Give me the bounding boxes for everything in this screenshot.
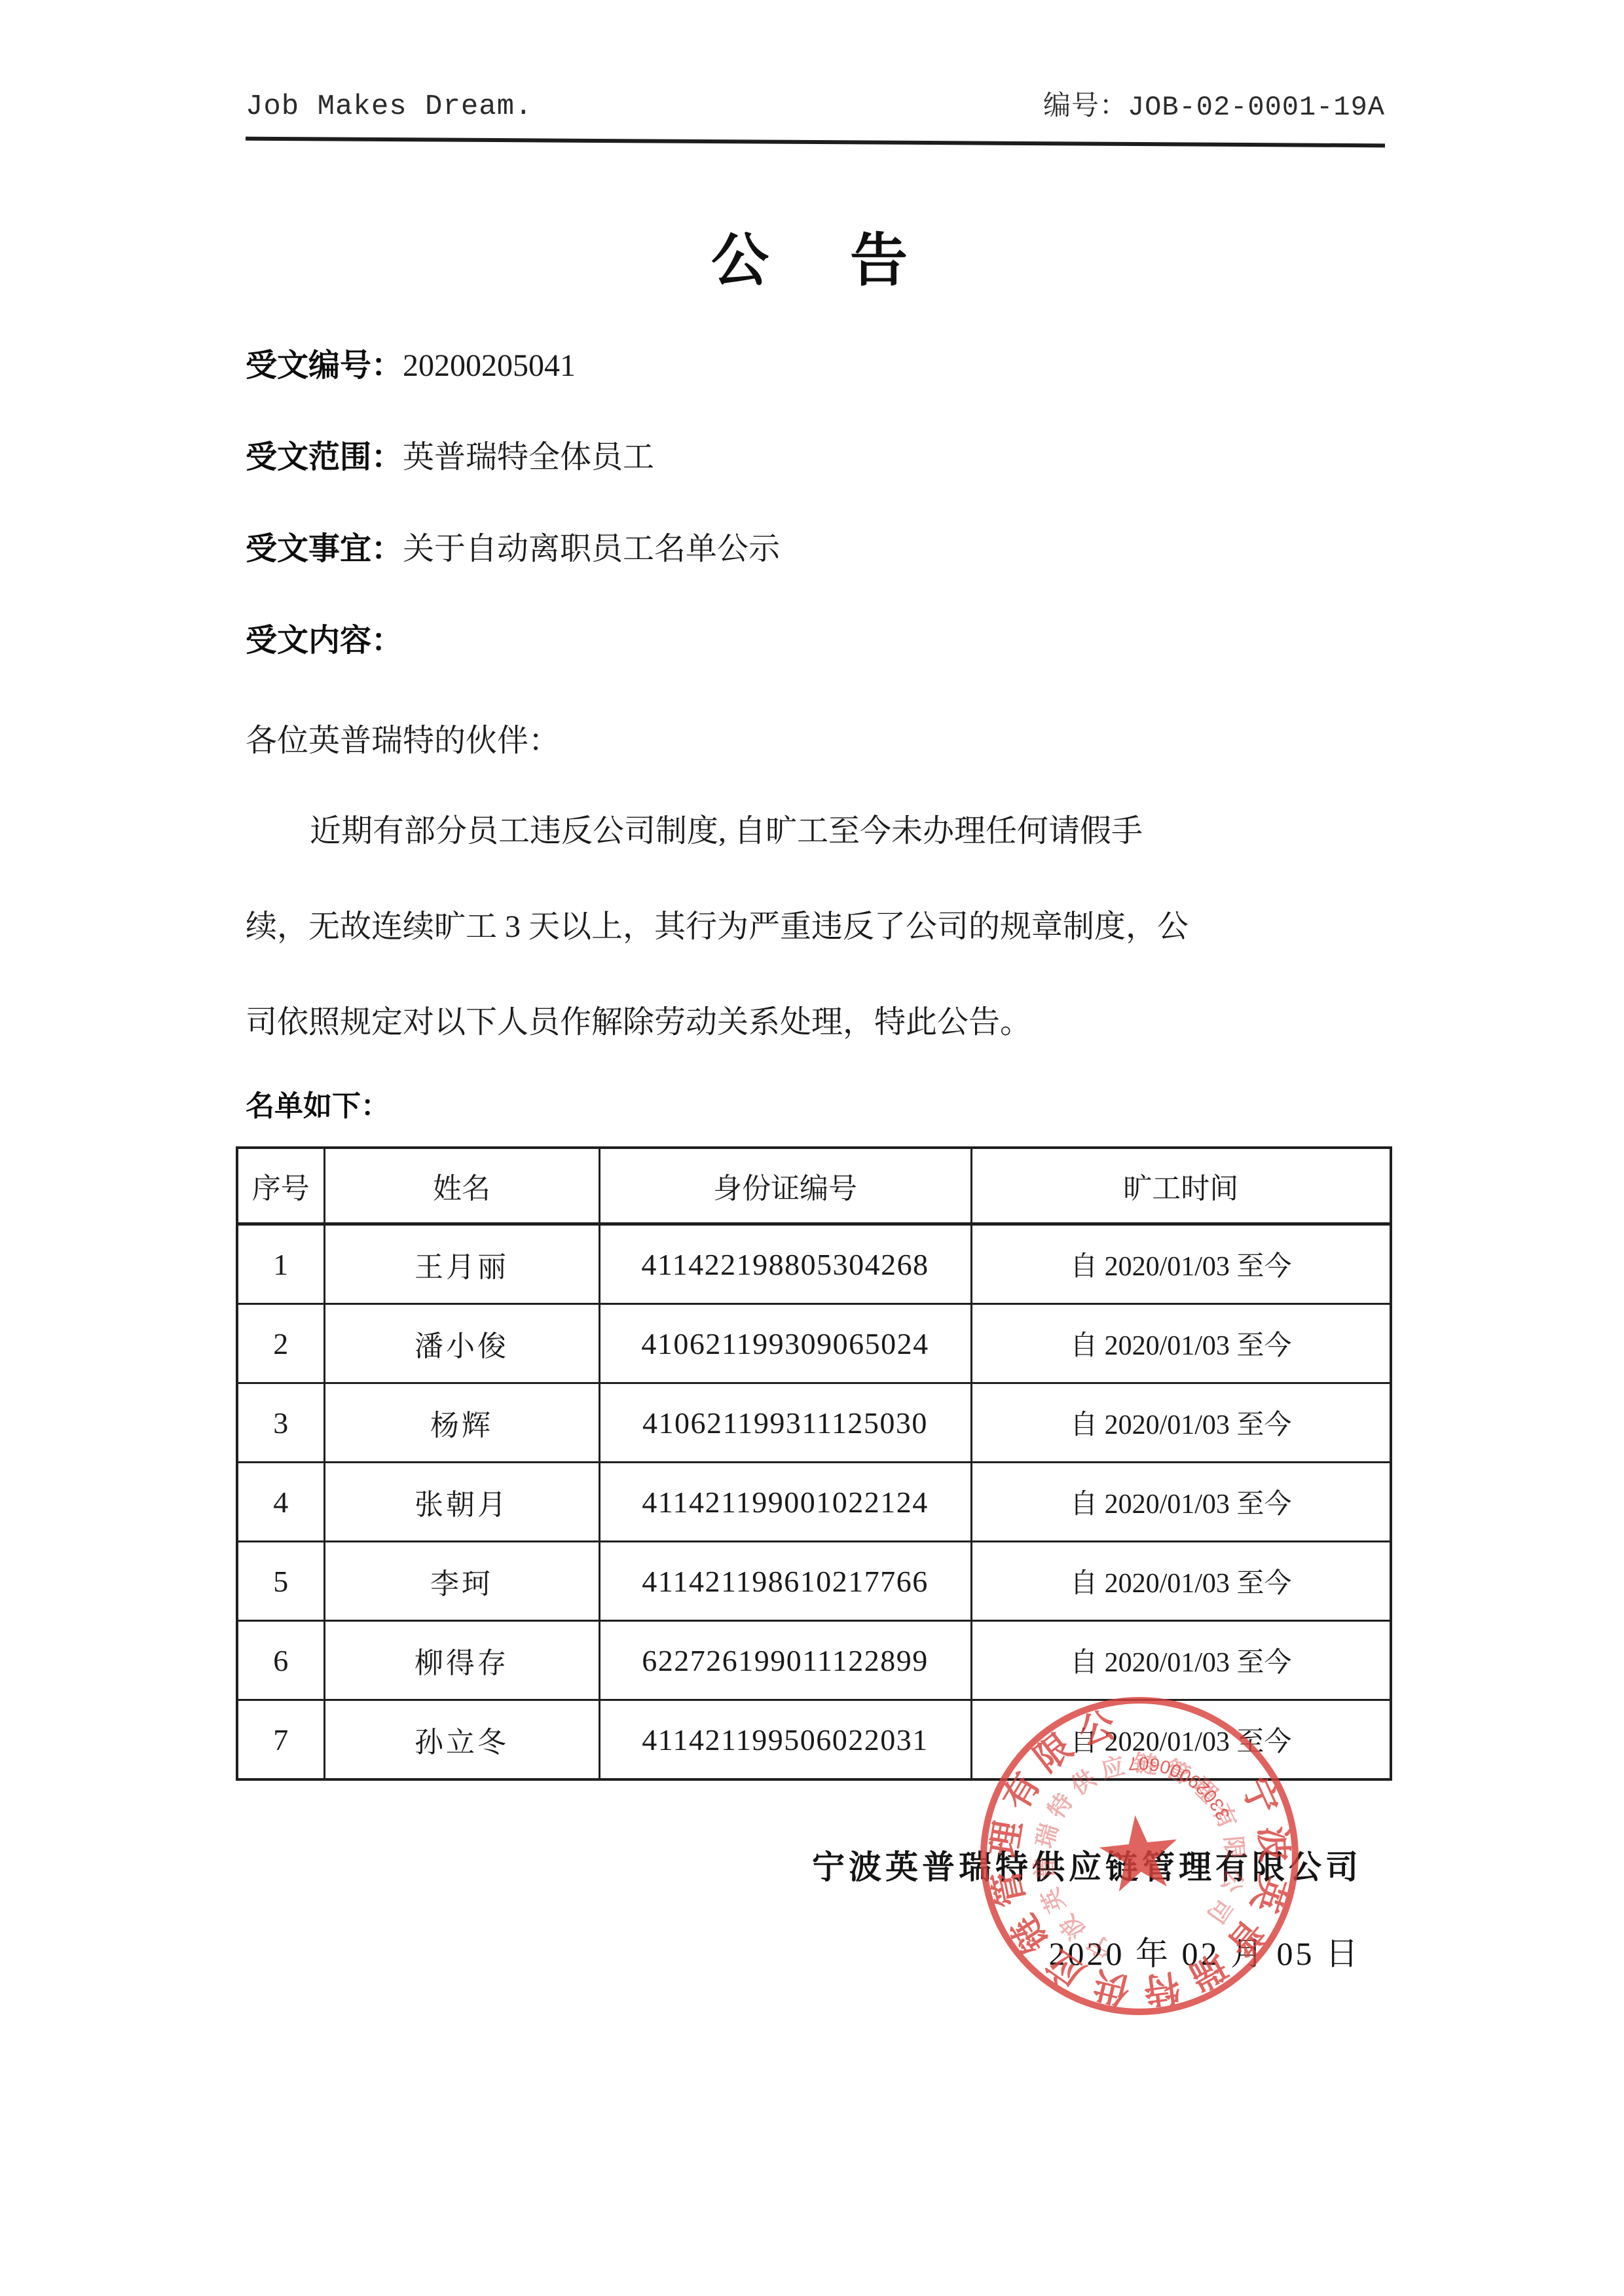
header-cell-name: 姓名 bbox=[324, 1148, 599, 1224]
header-cell-time: 旷工时间 bbox=[971, 1148, 1391, 1224]
field-scope: 受文范围：英普瑞特全体员工 bbox=[246, 437, 1385, 529]
table-cell: 6 bbox=[237, 1621, 324, 1700]
signature-company: 宁波英普瑞特供应链管理有限公司 bbox=[812, 1841, 1362, 1888]
field-subject: 受文事宜：关于自动离职员工名单公示 bbox=[246, 529, 1385, 621]
table-cell: 自 2020/01/03 至今 bbox=[971, 1383, 1391, 1463]
table-cell: 王月丽 bbox=[324, 1224, 599, 1304]
field-label: 受文内容： bbox=[246, 623, 403, 658]
salutation: 各位英普瑞特的伙伴： bbox=[246, 715, 1385, 760]
table-cell: 自 2020/01/03 至今 bbox=[971, 1224, 1391, 1304]
field-content: 受文内容： bbox=[246, 621, 1385, 712]
table-cell: 410621199309065024 bbox=[599, 1304, 971, 1383]
table-cell: 622726199011122899 bbox=[599, 1621, 971, 1700]
table-cell: 3 bbox=[237, 1383, 324, 1463]
table-cell: 自 2020/01/03 至今 bbox=[971, 1542, 1391, 1621]
field-value: 关于自动离职员工名单公示 bbox=[403, 532, 780, 566]
header-doc-number: 编号：JOB-02-0001-19A bbox=[1043, 84, 1385, 123]
header-cell-id: 身份证编号 bbox=[599, 1148, 971, 1224]
table-header-row: 序号 姓名 身份证编号 旷工时间 bbox=[237, 1148, 1391, 1224]
table-cell: 自 2020/01/03 至今 bbox=[971, 1621, 1391, 1700]
table-cell: 1 bbox=[237, 1224, 324, 1304]
table-cell: 411422198805304268 bbox=[599, 1224, 971, 1304]
header-divider bbox=[246, 137, 1385, 148]
table-cell: 李珂 bbox=[324, 1542, 599, 1621]
svg-text:3302900060708: 3302900060708 bbox=[994, 1736, 1339, 2082]
table-row: 6 柳得存 622726199011122899 自 2020/01/03 至今 bbox=[237, 1621, 1391, 1700]
field-value: 英普瑞特全体员工 bbox=[403, 440, 654, 475]
table-cell: 410621199311125030 bbox=[599, 1383, 971, 1463]
table-cell: 自 2020/01/03 至今 bbox=[971, 1700, 1391, 1780]
table-row: 2 潘小俊 410621199309065024 自 2020/01/03 至今 bbox=[237, 1304, 1391, 1383]
field-label: 受文事宜： bbox=[246, 532, 403, 566]
table-row: 5 李珂 411421198610217766 自 2020/01/03 至今 bbox=[237, 1542, 1391, 1621]
table-row: 3 杨辉 410621199311125030 自 2020/01/03 至今 bbox=[237, 1383, 1391, 1463]
table-cell: 张朝月 bbox=[324, 1463, 599, 1542]
field-doc-number: 受文编号：20200205041 bbox=[246, 346, 1385, 437]
paragraph-line: 续，无故连续旷工 3 天以上，其行为严重违反了公司的规章制度，公 bbox=[246, 879, 1385, 975]
field-value: 20200205041 bbox=[403, 348, 576, 383]
table-cell: 潘小俊 bbox=[324, 1304, 599, 1383]
table-cell: 柳得存 bbox=[324, 1621, 599, 1700]
table-row: 4 张朝月 411421199001022124 自 2020/01/03 至今 bbox=[237, 1463, 1391, 1542]
table-cell: 4 bbox=[237, 1463, 324, 1542]
table-cell: 自 2020/01/03 至今 bbox=[971, 1463, 1391, 1542]
signature-date: 2020 年 02 月 05 日 bbox=[1049, 1927, 1361, 1975]
header-cell-index: 序号 bbox=[237, 1148, 324, 1224]
table-cell: 5 bbox=[237, 1542, 324, 1621]
list-caption: 名单如下： bbox=[246, 1082, 1385, 1124]
table-cell: 孙立冬 bbox=[324, 1700, 599, 1780]
table-cell: 2 bbox=[237, 1304, 324, 1383]
table-cell: 杨辉 bbox=[324, 1383, 599, 1463]
table-cell: 自 2020/01/03 至今 bbox=[971, 1304, 1391, 1383]
document-body: Job Makes Dream. 编号：JOB-02-0001-19A 公 告 … bbox=[246, 84, 1385, 1781]
table-cell: 411421198610217766 bbox=[599, 1542, 971, 1621]
header-slogan: Job Makes Dream. bbox=[246, 90, 532, 123]
table-cell: 7 bbox=[237, 1700, 324, 1780]
field-label: 受文编号： bbox=[246, 348, 403, 383]
page-header: Job Makes Dream. 编号：JOB-02-0001-19A bbox=[246, 84, 1385, 123]
table-row: 1 王月丽 411422198805304268 自 2020/01/03 至今 bbox=[237, 1224, 1391, 1304]
table-cell: 411421199001022124 bbox=[599, 1463, 971, 1542]
dismissed-employees-table: 序号 姓名 身份证编号 旷工时间 1 王月丽 41142219880530426… bbox=[236, 1146, 1392, 1781]
table-row: 7 孙立冬 411421199506022031 自 2020/01/03 至今 bbox=[237, 1700, 1391, 1780]
seal-code-text: 3302900060708 bbox=[994, 1736, 1339, 2082]
field-label: 受文范围： bbox=[246, 440, 403, 475]
body-paragraph: 近期有部分员工违反公司制度, 自旷工至今未办理任何请假手 续，无故连续旷工 3 … bbox=[246, 784, 1385, 1070]
document-page: Job Makes Dream. 编号：JOB-02-0001-19A 公 告 … bbox=[0, 0, 1624, 2296]
table-cell: 411421199506022031 bbox=[599, 1700, 971, 1780]
field-list: 受文编号：20200205041 受文范围：英普瑞特全体员工 受文事宜：关于自动… bbox=[246, 346, 1385, 712]
page-title: 公 告 bbox=[246, 215, 1385, 297]
paragraph-line: 司依照规定对以下人员作解除劳动关系处理，特此公告。 bbox=[246, 975, 1385, 1070]
paragraph-line: 近期有部分员工违反公司制度, 自旷工至今未办理任何请假手 bbox=[246, 784, 1385, 879]
